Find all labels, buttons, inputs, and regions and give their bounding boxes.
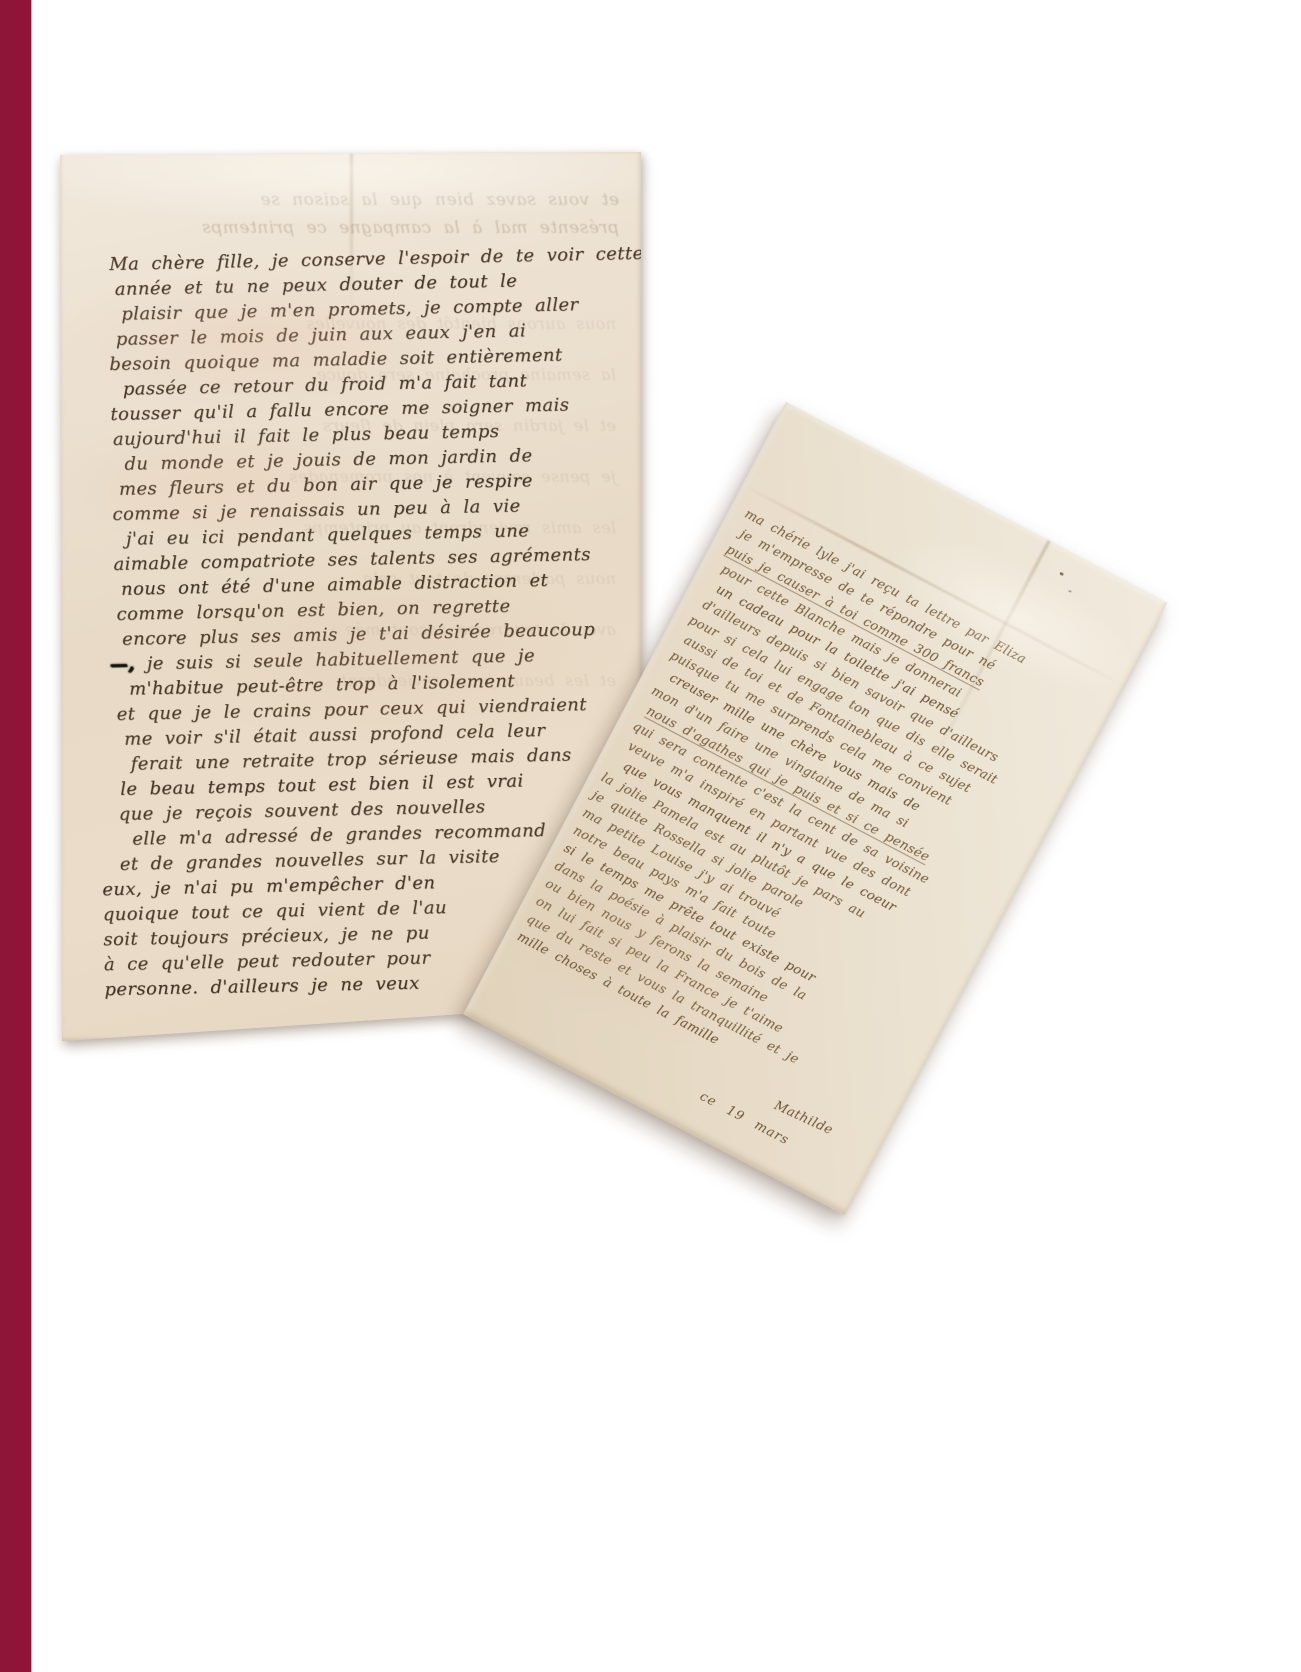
text-line: présente mal à la campagne ce printemps [74, 214, 619, 242]
ink-speck [1068, 590, 1072, 593]
ink-speck [1059, 572, 1064, 577]
bleedthrough-text-top: et vous savez bien que la saison seprése… [74, 186, 619, 242]
text-line: et vous savez bien que la saison se [74, 186, 619, 214]
catalog-page: et vous savez bien que la saison seprése… [0, 0, 1301, 1672]
spine-accent-bar [0, 0, 32, 1672]
